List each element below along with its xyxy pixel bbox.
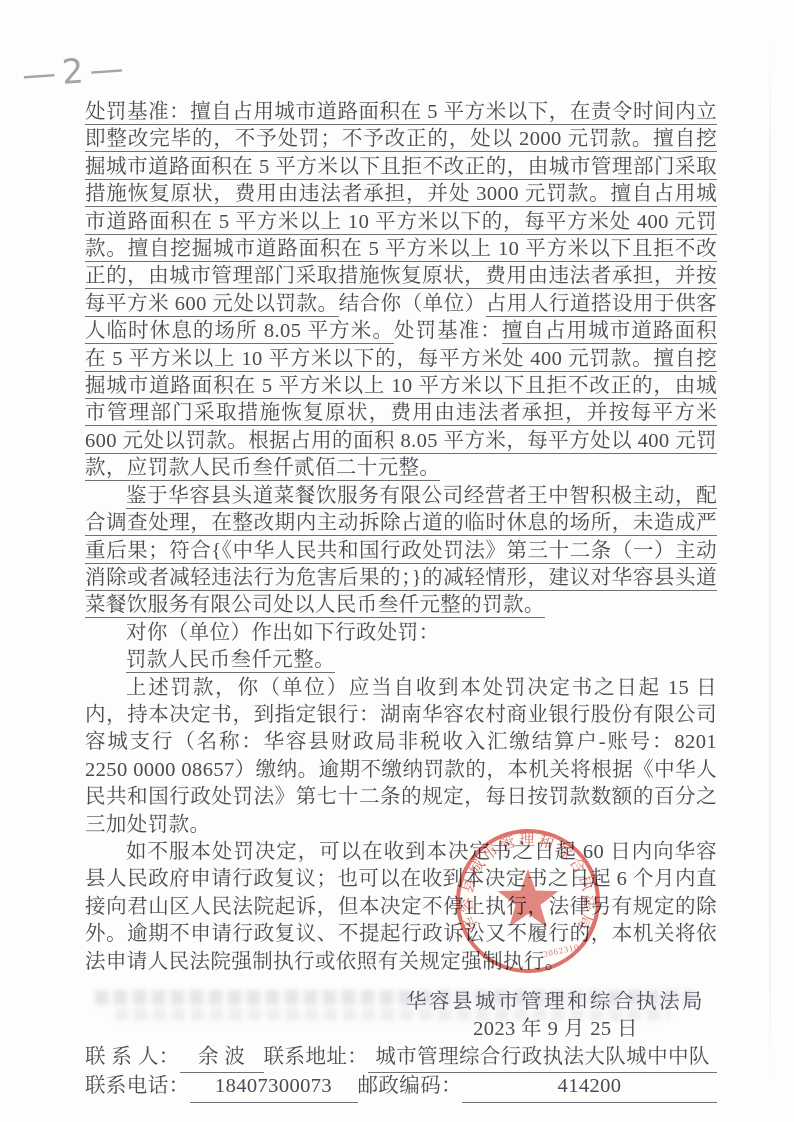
document-body: 处罚基准：擅自占用城市道路面积在 5 平方米以下，在责令时间内立即整改完毕的，不…: [85, 99, 717, 1103]
contact-address-label: 联系地址：: [264, 1044, 369, 1071]
handwritten-page-number: —2—: [21, 48, 131, 95]
bleed-through-line: [95, 990, 695, 1005]
contact-row-phone-postal: 联系电话： 18407300073 邮政编码： 414200: [85, 1073, 717, 1102]
template-text-penalty-basis-label: 处罚基准：: [394, 320, 502, 342]
contact-row-person-address: 联 系 人： 余 波 联系地址： 城市管理综合行政执法大队城中中队: [85, 1044, 717, 1073]
bleed-through-line: [115, 1008, 670, 1021]
appeal-rights-paragraph: 如不服本处罚决定，可以在收到本决定书之日起 60 日内向华容县人民政府申请行政复…: [85, 839, 717, 976]
contact-address-value: 城市管理综合行政执法大队城中中队: [368, 1044, 717, 1073]
scanned-penalty-decision-page: —2— 处罚基准：擅自占用城市道路面积在 5 平方米以下，在责令时间内立即整改完…: [0, 0, 794, 1122]
penalty-basis-text-2: 擅自占用城市道路面积在 5 平方米以上 10 平方米以下的，每平方米处 400 …: [85, 320, 717, 481]
decision-intro-line: 对你（单位）作出如下行政处罚：: [85, 620, 717, 647]
penalty-decision-line: 罚款人民币叁仟元整。: [85, 647, 717, 674]
mitigation-text: 鉴于华容县头道菜餐饮服务有限公司经营者王中智积极主动，配合调查处理，在整改期内主…: [85, 485, 717, 619]
penalty-basis-paragraph: 处罚基准：擅自占用城市道路面积在 5 平方米以下，在责令时间内立即整改完毕的，不…: [85, 99, 717, 483]
penalty-amount-text: 罚款人民币叁仟元整。: [126, 649, 335, 673]
payment-instructions-paragraph: 上述罚款，你（单位）应当自收到本处罚决定书之日起 15 日内，持本决定书，到指定…: [85, 675, 717, 839]
template-text-combined-with: 结合你（单位）: [339, 293, 486, 315]
penalty-basis-text-1: 处罚基准：擅自占用城市道路面积在 5 平方米以下，在责令时间内立即整改完毕的，不…: [85, 101, 717, 317]
postal-code-value: 414200: [462, 1073, 717, 1102]
contact-person-value: 余 波: [180, 1044, 264, 1073]
contact-phone-value: 18407300073: [190, 1073, 358, 1102]
contact-phone-label: 联系电话：: [85, 1073, 190, 1100]
contact-person-label: 联 系 人：: [85, 1044, 180, 1071]
postal-code-label: 邮政编码：: [358, 1073, 463, 1100]
mitigation-paragraph: 鉴于华容县头道菜餐饮服务有限公司经营者王中智积极主动，配合调查处理，在整改期内主…: [85, 483, 717, 620]
scan-edge-shadow: [769, 40, 771, 1080]
